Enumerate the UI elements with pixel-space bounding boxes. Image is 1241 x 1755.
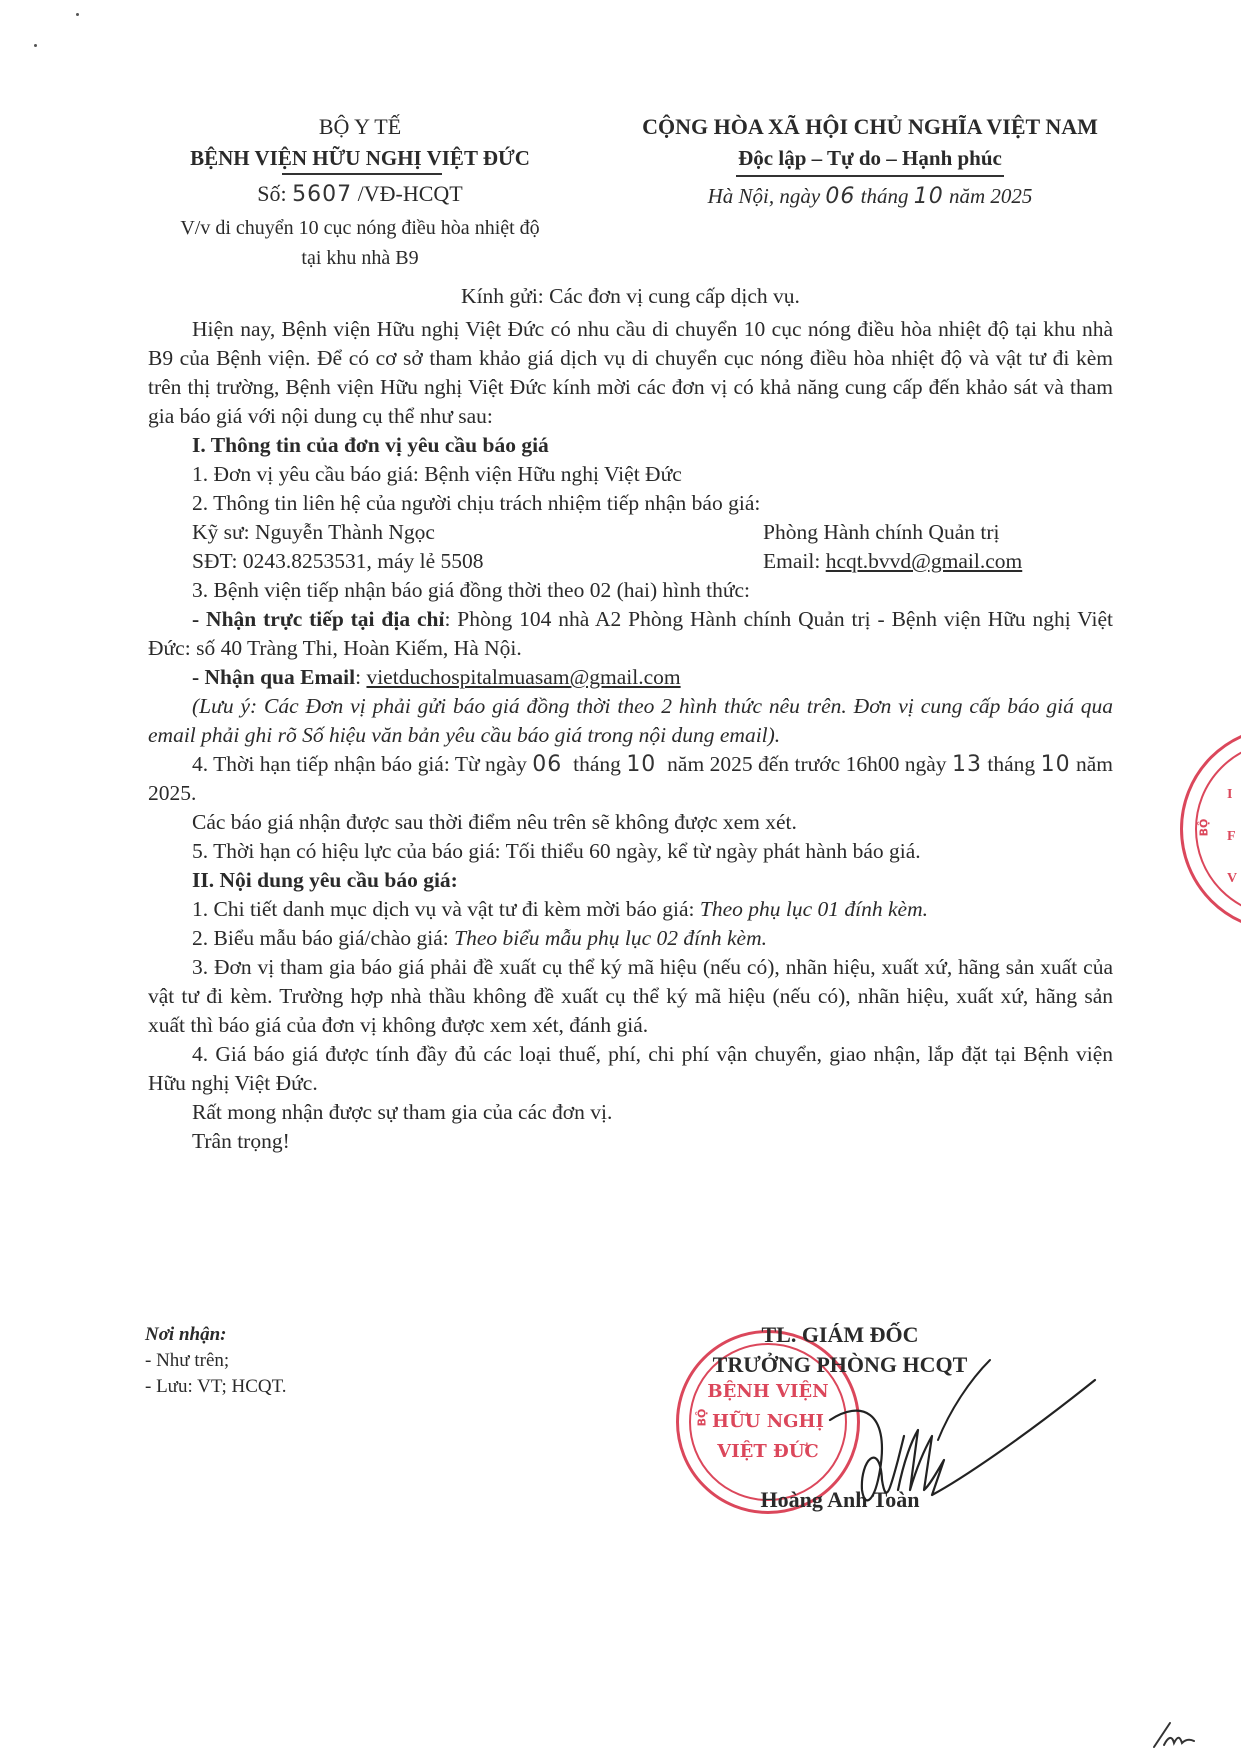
intro-paragraph: Hiện nay, Bệnh viện Hữu nghị Việt Đức có…	[148, 315, 1113, 431]
contact-email-link[interactable]: hcqt.bvvd@gmail.com	[826, 549, 1023, 573]
ministry-name: BỘ Y TẾ	[140, 112, 580, 142]
salutation: Kính gửi: Các đơn vị cung cấp dịch vụ.	[148, 282, 1113, 311]
page-initials	[1150, 1715, 1200, 1750]
closing-line: Rất mong nhận được sự tham gia của các đ…	[148, 1098, 1113, 1127]
direct-submission: - Nhận trực tiếp tại địa chỉ: Phòng 104 …	[148, 605, 1113, 663]
national-motto: Độc lập – Tự do – Hạnh phúc	[736, 142, 1004, 177]
handwritten-doc-number: 5607	[292, 182, 352, 207]
issue-date: Hà Nội, ngày 06 tháng 10 năm 2025	[600, 179, 1140, 214]
section-2-item-2: 2. Biểu mẫu báo giá/chào giá: Theo biểu …	[148, 924, 1113, 953]
letter-body: Kính gửi: Các đơn vị cung cấp dịch vụ. H…	[148, 282, 1113, 1156]
contact-row-2: SĐT: 0243.8253531, máy lẻ 5508 Email: hc…	[148, 547, 1113, 576]
organization-name: BỆNH VIỆN HỮU NGHỊ VIỆT ĐỨC	[190, 142, 530, 174]
recipient-item: - Như trên;	[145, 1348, 495, 1374]
scan-speck	[76, 13, 79, 16]
section-1-item-1: 1. Đơn vị yêu cầu báo giá: Bệnh viện Hữu…	[148, 460, 1113, 489]
recipient-item: - Lưu: VT; HCQT.	[145, 1374, 495, 1400]
contact-email: Email: hcqt.bvvd@gmail.com	[763, 547, 1113, 576]
handwritten-month: 10	[914, 184, 944, 209]
recipients-title: Nơi nhận:	[145, 1322, 495, 1348]
handwritten-day: 06	[825, 184, 855, 209]
section-2-item-3: 3. Đơn vị tham gia báo giá phải đề xuất …	[148, 953, 1113, 1040]
email-submission: - Nhận qua Email: vietduchospitalmuasam@…	[148, 663, 1113, 692]
section-2-item-4: 4. Giá báo giá được tính đầy đủ các loại…	[148, 1040, 1113, 1098]
late-submission-note: Các báo giá nhận được sau thời điểm nêu …	[148, 808, 1113, 837]
partial-seal-margin: BỘ I F V	[1180, 726, 1241, 932]
scan-speck	[34, 44, 37, 47]
contact-department: Phòng Hành chính Quản trị	[763, 518, 1113, 547]
contact-row-1: Kỹ sư: Nguyễn Thành Ngọc Phòng Hành chín…	[148, 518, 1113, 547]
contact-name: Kỹ sư: Nguyễn Thành Ngọc	[192, 518, 662, 547]
submission-email-link[interactable]: vietduchospitalmuasam@gmail.com	[366, 665, 680, 689]
national-header: CỘNG HÒA XÃ HỘI CHỦ NGHĨA VIỆT NAM Độc l…	[600, 112, 1140, 214]
issuer-block: BỘ Y TẾ BỆNH VIỆN HỮU NGHỊ VIỆT ĐỨC Số: …	[140, 112, 580, 273]
recipients-block: Nơi nhận: - Như trên; - Lưu: VT; HCQT.	[145, 1322, 495, 1400]
country-name: CỘNG HÒA XÃ HỘI CHỦ NGHĨA VIỆT NAM	[600, 112, 1140, 142]
section-1-item-4: 4. Thời hạn tiếp nhận báo giá: Từ ngày 0…	[148, 750, 1113, 808]
handwritten-signature	[820, 1340, 1100, 1530]
section-1-item-5: 5. Thời hạn có hiệu lực của báo giá: Tối…	[148, 837, 1113, 866]
subject-line-2: tại khu nhà B9	[140, 243, 580, 273]
submission-note: (Lưu ý: Các Đơn vị phải gửi báo giá đồng…	[148, 692, 1113, 750]
section-1-item-3: 3. Bệnh viện tiếp nhận báo giá đồng thời…	[148, 576, 1113, 605]
section-2-item-1: 1. Chi tiết danh mục dịch vụ và vật tư đ…	[148, 895, 1113, 924]
closing-regards: Trân trọng!	[148, 1127, 1113, 1156]
section-1-item-2: 2. Thông tin liên hệ của người chịu trác…	[148, 489, 1113, 518]
section-1-title: I. Thông tin của đơn vị yêu cầu báo giá	[148, 431, 1113, 460]
contact-phone: SĐT: 0243.8253531, máy lẻ 5508	[192, 547, 662, 576]
document-number: Số: 5607 /VĐ-HCQT	[140, 176, 580, 213]
subject-line-1: V/v di chuyển 10 cục nóng điều hòa nhiệt…	[140, 213, 580, 243]
section-2-title: II. Nội dung yêu cầu báo giá:	[148, 866, 1113, 895]
